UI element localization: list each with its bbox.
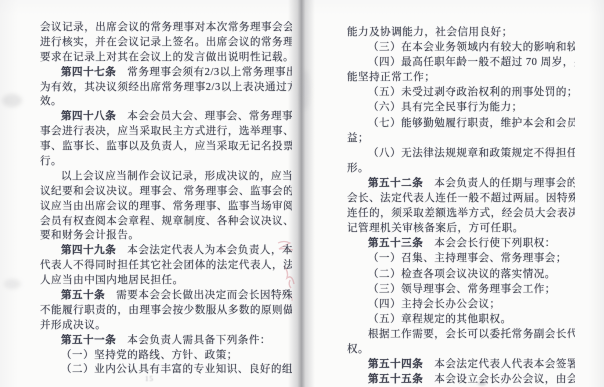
line-text: 效。 — [40, 96, 62, 107]
scanned-document-spread: 会议记录，出席会议的常务理事对本次常务理事会会议记录 进行核实，并在会议记录上签… — [0, 0, 604, 387]
line-text: 记管理机关审核备案后，方可任职。 — [347, 223, 524, 234]
line-text: （五）未受过剥夺政治权利的刑事处罚的； — [368, 87, 575, 98]
line-text: 根据工作需要，会长可以委托常务副会长代行相关职 — [368, 329, 575, 340]
text-line: （一）召集、主持理事会、常务理事会； — [347, 251, 575, 266]
article-number: 第五十一条 — [61, 335, 116, 346]
text-line: （八）无法律法规规章和政策规定不得担任的其他情 — [347, 146, 575, 161]
text-line: 形。 — [347, 161, 575, 176]
text-line: 第五十二条 本会负责人的任期与理事会的届期相同， — [347, 176, 575, 191]
line-text: （三）在本会业务领域内有较大的影响和较高的声誉； — [368, 42, 575, 53]
article-number: 第五十三条 — [368, 238, 423, 249]
text-line: 进行核实，并在会议记录上签名。出席会议的常务理事有权 — [40, 36, 292, 51]
article-number: 第五十二条 — [368, 178, 423, 189]
article-number: 第四十九条 — [61, 245, 116, 256]
text-line: 效。 — [40, 95, 292, 110]
text-line: 益； — [347, 131, 575, 146]
text-line: 能坚持正常工作； — [347, 70, 575, 85]
line-text: 需要本会会长做出决定而会长因特殊原因 — [105, 290, 292, 301]
text-line: 第五十一条 本会负责人需具备下列条件： — [40, 334, 292, 349]
page-gutter-shadow — [288, 0, 315, 387]
line-text: 能坚持正常工作； — [347, 72, 435, 83]
text-line: 会员有权查阅本会章程、规章制度、各种会议决议、会议纪 — [40, 215, 292, 230]
text-line: 并形成决议。 — [40, 319, 292, 334]
line-text: 权。 — [347, 344, 369, 355]
line-text: 要求在记录上对其在会议上的发言做出说明性记载。 — [40, 52, 292, 63]
line-text: （一）召集、主持理事会、常务理事会； — [368, 253, 567, 264]
line-text: 连任的，须采取差额选举方式，经会员大会表决通过，经登 — [347, 208, 575, 219]
article-number: 第五十条 — [61, 290, 105, 301]
line-text: （三）领导理事会、常务理事会工作； — [368, 284, 556, 295]
text-line: （一）坚持党的路线、方针、政策； — [40, 349, 292, 364]
line-text: （四）主持会长办公会议； — [368, 299, 501, 310]
text-line: 能力及协调能力，社会信用良好； — [347, 25, 575, 40]
text-line: （四）最高任职年龄一般不超过 70 周岁，身体健康， — [347, 55, 575, 70]
text-line: 不能履行职责的，由理事会按少数服从多数的原则做出决定 — [40, 304, 292, 319]
text-line: 事、监事长、监事以及负责人，应当采取无记名投票方式进 — [40, 140, 292, 155]
line-text: 以上会议应当制作会议记录，形成决议的，应当制作会 — [61, 171, 292, 182]
text-line: 权。 — [347, 342, 575, 357]
line-text: 会长、法定代表人连任一般不超过两届。因特殊情况需继续 — [347, 193, 575, 204]
article-number: 第五十四条 — [368, 359, 423, 370]
line-text: 要和财务会计报告。 — [40, 230, 139, 241]
line-text: 益； — [347, 133, 369, 144]
line-text: 为有效，其决议须经出席常务理事2/3以上表决通过方能生 — [40, 82, 292, 93]
text-line: （六）具有完全民事行为能力； — [347, 100, 575, 115]
line-text: 形。 — [347, 163, 369, 174]
text-line: （三）领导理事会、常务理事会工作； — [347, 282, 575, 297]
text-line: 记管理机关审核备案后，方可任职。 — [347, 221, 575, 236]
line-text: （四）最高任职年龄一般不超过 70 周岁，身体健康， — [368, 57, 575, 68]
line-text: 本会负责人的任期与理事会的届期相同， — [423, 178, 575, 189]
line-text: 常务理事会须有2/3以上常务理事出席方 — [116, 67, 292, 78]
line-text: （六）具有完全民事行为能力； — [368, 102, 523, 113]
text-line: 以上会议应当制作会议记录，形成决议的，应当制作会 — [40, 170, 292, 185]
left-page-text: 会议记录，出席会议的常务理事对本次常务理事会会议记录 进行核实，并在会议记录上签… — [40, 21, 292, 378]
line-text: （八）无法律法规规章和政策规定不得担任的其他情 — [368, 148, 575, 159]
line-text: （一）坚持党的路线、方针、政策； — [61, 350, 238, 361]
line-text: 本会会员大会、理事会、常务理事会，监 — [116, 111, 292, 122]
right-page-text: 能力及协调能力，社会信用良好； （三）在本会业务领域内有较大的影响和较高的声誉；… — [347, 25, 575, 387]
text-line: （二）检查各项会议决议的落实情况。 — [347, 267, 575, 282]
text-line: 第五十五条 本会设立会长办公会议，由会长、常务副 — [347, 372, 575, 387]
text-line: 会长、法定代表人连任一般不超过两届。因特殊情况需继续 — [347, 191, 575, 206]
gutter-smudge — [300, 70, 310, 110]
right-page-number-faint-mark — [478, 381, 486, 386]
text-line: 第四十八条 本会会员大会、理事会、常务理事会，监 — [40, 110, 292, 125]
margin-smudge — [2, 94, 22, 107]
text-line: 代表人不得同时担任其它社会团体的法定代表人，法定代表 — [40, 259, 292, 274]
line-text: 不能履行职责的，由理事会按少数服从多数的原则做出决定 — [40, 305, 292, 316]
text-line: 要求在记录上对其在会议上的发言做出说明性记载。 — [40, 51, 292, 66]
text-line: （四）主持会长办公会议； — [347, 297, 575, 312]
text-line: 第五十条 需要本会会长做出决定而会长因特殊原因 — [40, 289, 292, 304]
text-line: 会议记录，出席会议的常务理事对本次常务理事会会议记录 — [40, 21, 292, 36]
line-text: 行。 — [40, 156, 62, 167]
text-line: （二）业内公认具有丰富的专业知识、良好的组织领导 — [40, 363, 292, 378]
line-text: 本会法定代表人代表本会签署重要文件。 — [423, 359, 575, 370]
line-text: 会议记录，出席会议的常务理事对本次常务理事会会议记录 — [40, 22, 292, 33]
line-text: 并形成决议。 — [40, 320, 106, 331]
line-text: 事会进行表决，应当采取民主方式进行，选举理事、常务理 — [40, 126, 292, 137]
text-line: 第五十四条 本会法定代表人代表本会签署重要文件。 — [347, 357, 575, 372]
text-line: 人应当由中国内地居民担任。 — [40, 274, 292, 289]
line-text: 人应当由中国内地居民担任。 — [40, 275, 184, 286]
text-line: （三）在本会业务领域内有较大的影响和较高的声誉； — [347, 40, 575, 55]
text-line: 要和财务会计报告。 — [40, 229, 292, 244]
line-text: （二）检查各项会议决议的落实情况。 — [368, 269, 556, 280]
line-text: 本会设立会长办公会议，由会长、常务副 — [423, 374, 575, 385]
text-line: 连任的，须采取差额选举方式，经会员大会表决通过，经登 — [347, 206, 575, 221]
line-text: （七）能够勤勉履行职责，维护本会和会员的合法权 — [368, 118, 575, 129]
text-line: 议应当由出席会议的理事、常务理事、监事当场审阅签名。 — [40, 200, 292, 215]
line-text: 本会会长行使下列职权： — [423, 238, 556, 249]
line-text: 本会法定代表人为本会负责人，本会法定 — [116, 245, 292, 256]
text-line: （七）能够勤勉履行职责，维护本会和会员的合法权 — [347, 116, 575, 131]
text-line: （五）章程规定的其他职权。 — [347, 312, 575, 327]
text-line: 第四十九条 本会法定代表人为本会负责人，本会法定 — [40, 244, 292, 259]
line-text: 本会负责人需具备下列条件： — [116, 335, 271, 346]
text-line: 第五十三条 本会会长行使下列职权： — [347, 236, 575, 251]
line-text: 议应当由出席会议的理事、常务理事、监事当场审阅签名。 — [40, 201, 292, 212]
line-text: 能力及协调能力，社会信用良好； — [347, 27, 513, 38]
article-number: 第五十五条 — [368, 374, 423, 385]
text-line: （五）未受过剥夺政治权利的刑事处罚的； — [347, 85, 575, 100]
text-line: 议纪要和会议决议。理事会、常务理事会、监事会的会议决 — [40, 185, 292, 200]
left-page-number: 15 — [145, 375, 154, 383]
line-text: （二）业内公认具有丰富的专业知识、良好的组织领导 — [61, 364, 292, 375]
text-line: 事会进行表决，应当采取民主方式进行，选举理事、常务理 — [40, 125, 292, 140]
line-text: 事、监事长、监事以及负责人，应当采取无记名投票方式进 — [40, 141, 292, 152]
text-line: 第四十七条 常务理事会须有2/3以上常务理事出席方 — [40, 66, 292, 81]
line-text: 议纪要和会议决议。理事会、常务理事会、监事会的会议决 — [40, 186, 292, 197]
line-text: 代表人不得同时担任其它社会团体的法定代表人，法定代表 — [40, 260, 292, 271]
line-text: 进行核实，并在会议记录上签名。出席会议的常务理事有权 — [40, 37, 292, 48]
text-line: 行。 — [40, 155, 292, 170]
text-line: 根据工作需要，会长可以委托常务副会长代行相关职 — [347, 327, 575, 342]
line-text: 会员有权查阅本会章程、规章制度、各种会议决议、会议纪 — [40, 216, 292, 227]
text-line: 为有效，其决议须经出席常务理事2/3以上表决通过方能生 — [40, 81, 292, 96]
line-text: （五）章程规定的其他职权。 — [368, 314, 512, 325]
article-number: 第四十七条 — [61, 67, 116, 78]
margin-smudge — [4, 279, 21, 289]
article-number: 第四十八条 — [61, 111, 116, 122]
